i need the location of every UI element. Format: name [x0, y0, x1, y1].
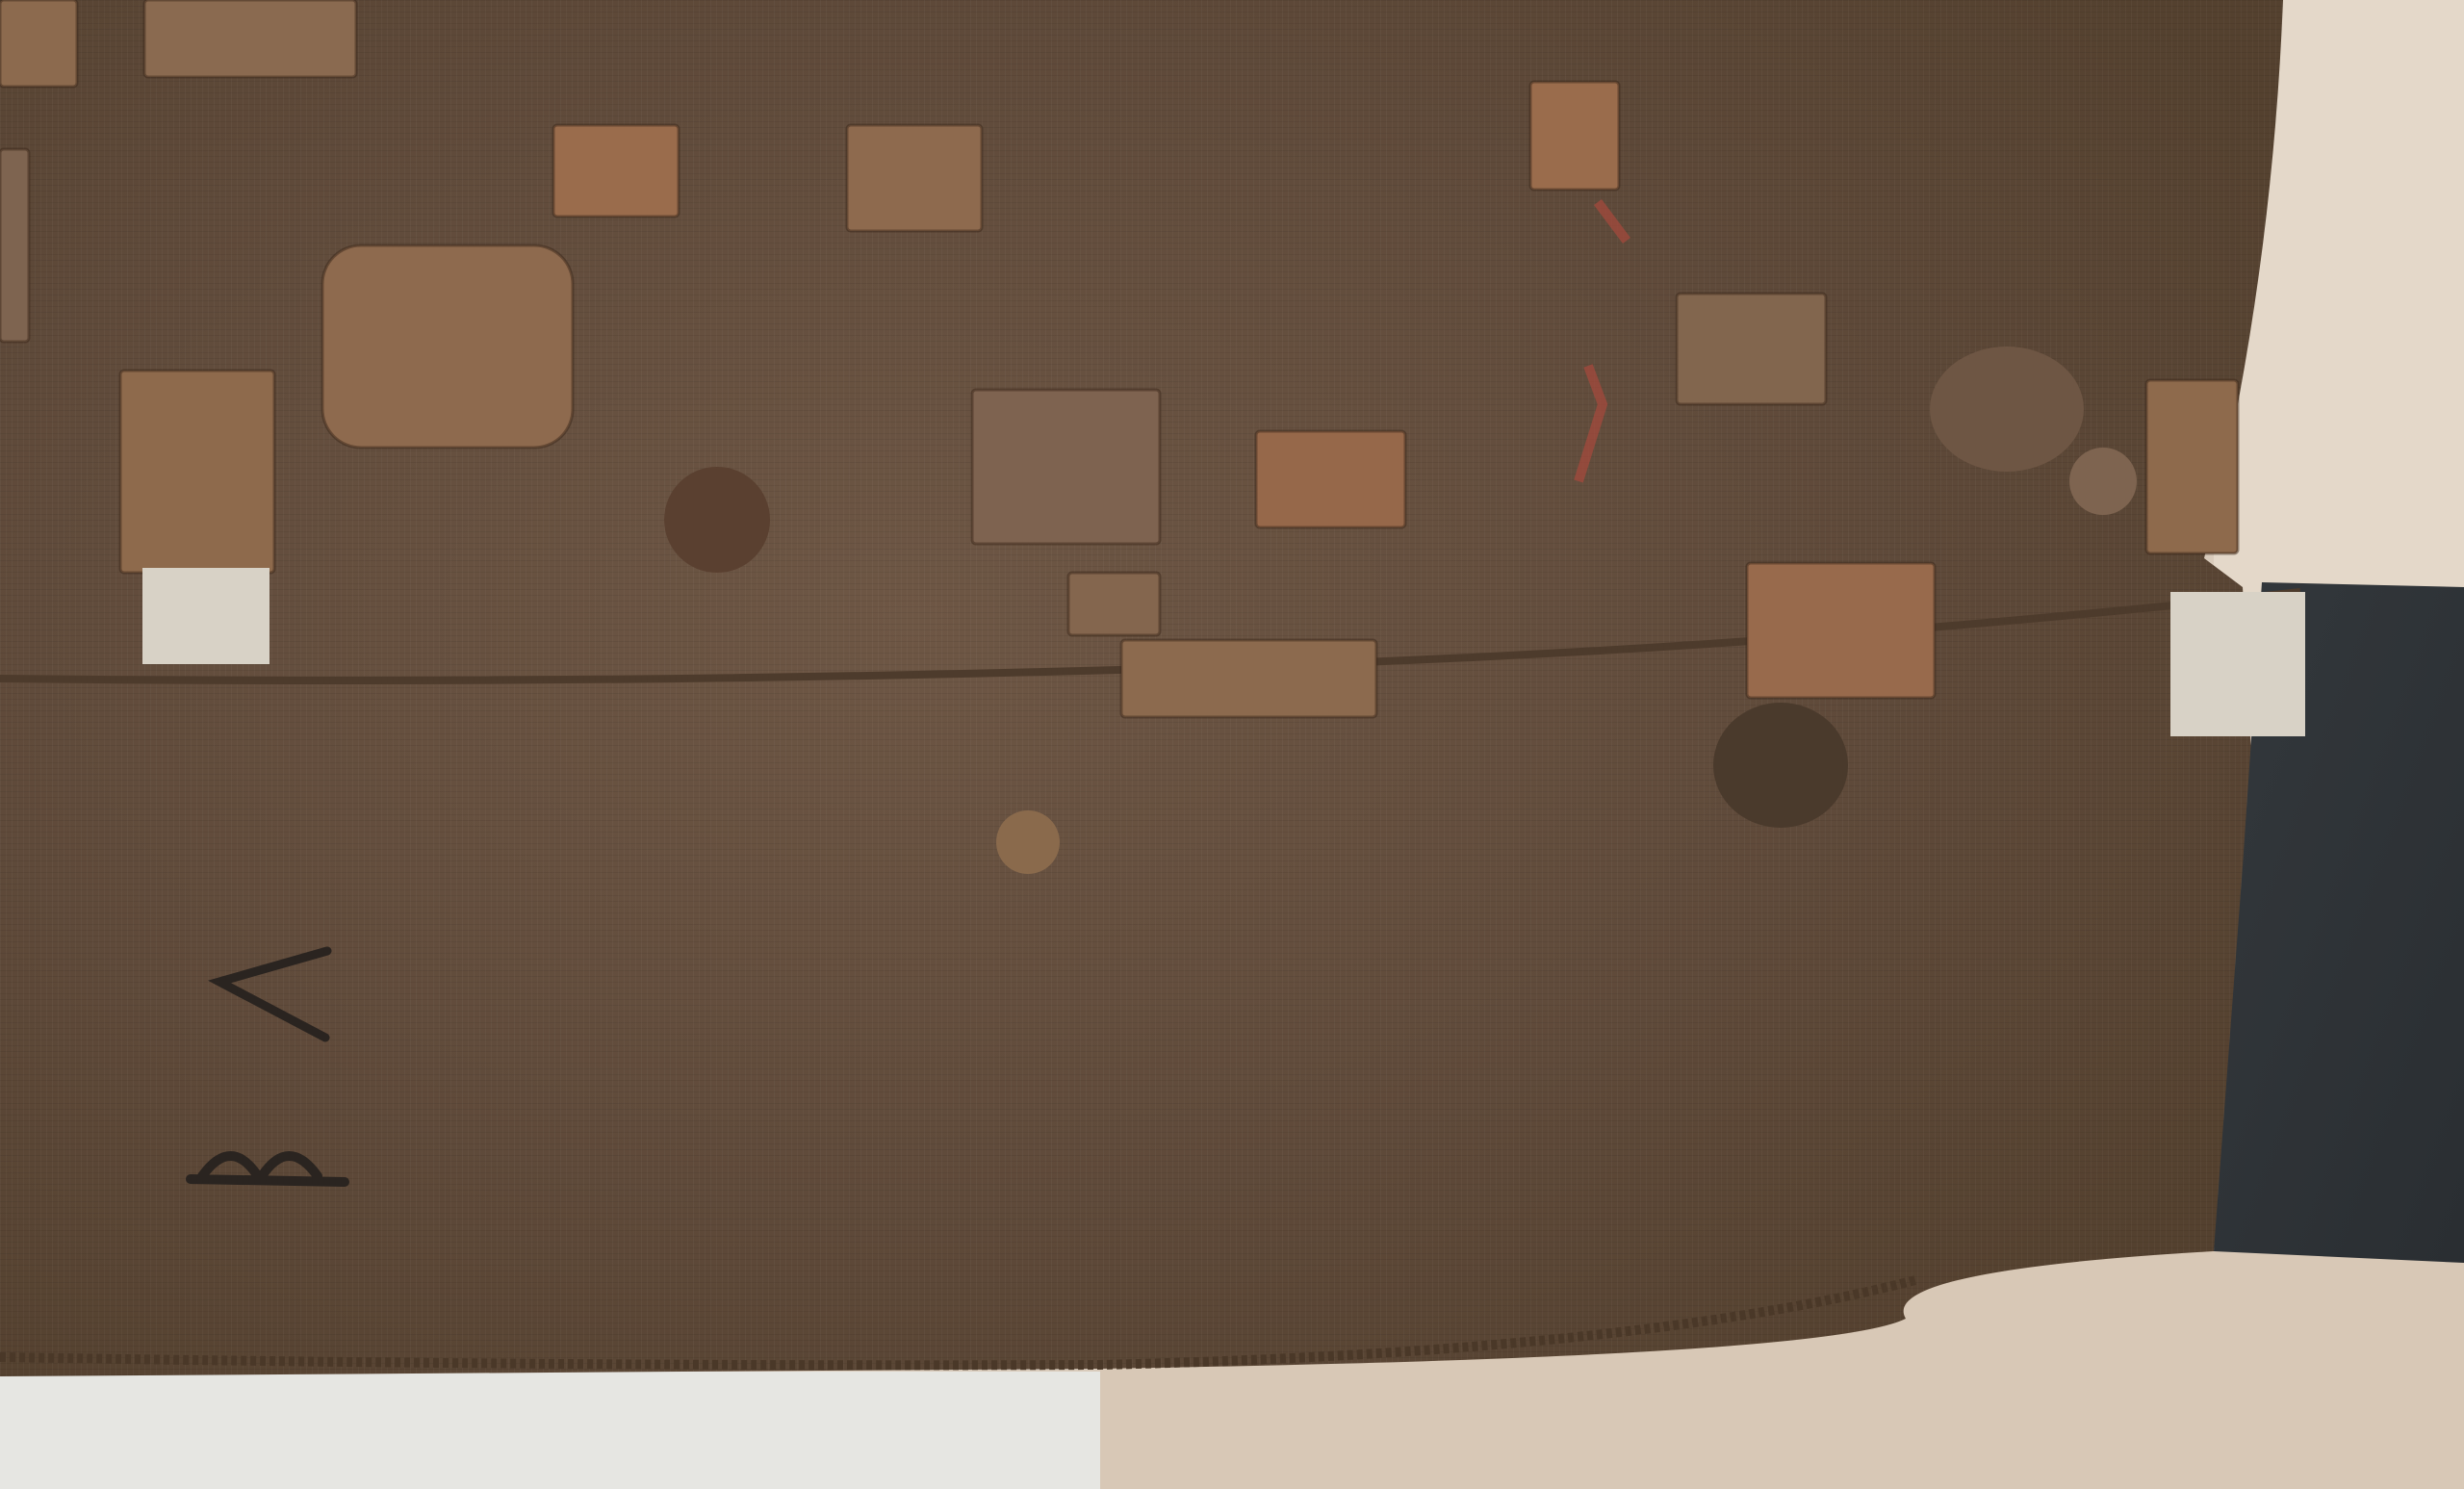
- fabric-knot: [996, 810, 1060, 874]
- artwork-svg: [0, 0, 2464, 1489]
- burlap-patch: [847, 125, 982, 231]
- burlap-patch: [1068, 573, 1160, 635]
- white-paint-patch: [142, 568, 269, 664]
- burlap-patch: [972, 390, 1160, 544]
- burlap-patch: [1677, 294, 1826, 404]
- burlap-patch: [2146, 380, 2238, 553]
- white-paint-patch: [2170, 592, 2305, 736]
- burlap-patch: [322, 245, 573, 448]
- burlap-patch: [1121, 640, 1376, 717]
- burlap-patch: [1530, 82, 1619, 190]
- burlap-patch: [553, 125, 679, 217]
- burlap-patch: [120, 371, 274, 573]
- fabric-knot: [1930, 347, 2084, 472]
- burlap-patch: [0, 149, 29, 342]
- fabric-knot: [664, 467, 770, 573]
- burlap-patch: [0, 0, 77, 87]
- burlap-patch: [1747, 563, 1935, 698]
- fabric-knot: [2069, 448, 2137, 515]
- artwork-canvas: Burlap collage with black panel: [0, 0, 2464, 1489]
- burlap-patch: [1256, 431, 1405, 527]
- burlap-patch: [144, 0, 356, 77]
- white-strip: [0, 1372, 1100, 1489]
- fabric-knot: [1713, 703, 1848, 828]
